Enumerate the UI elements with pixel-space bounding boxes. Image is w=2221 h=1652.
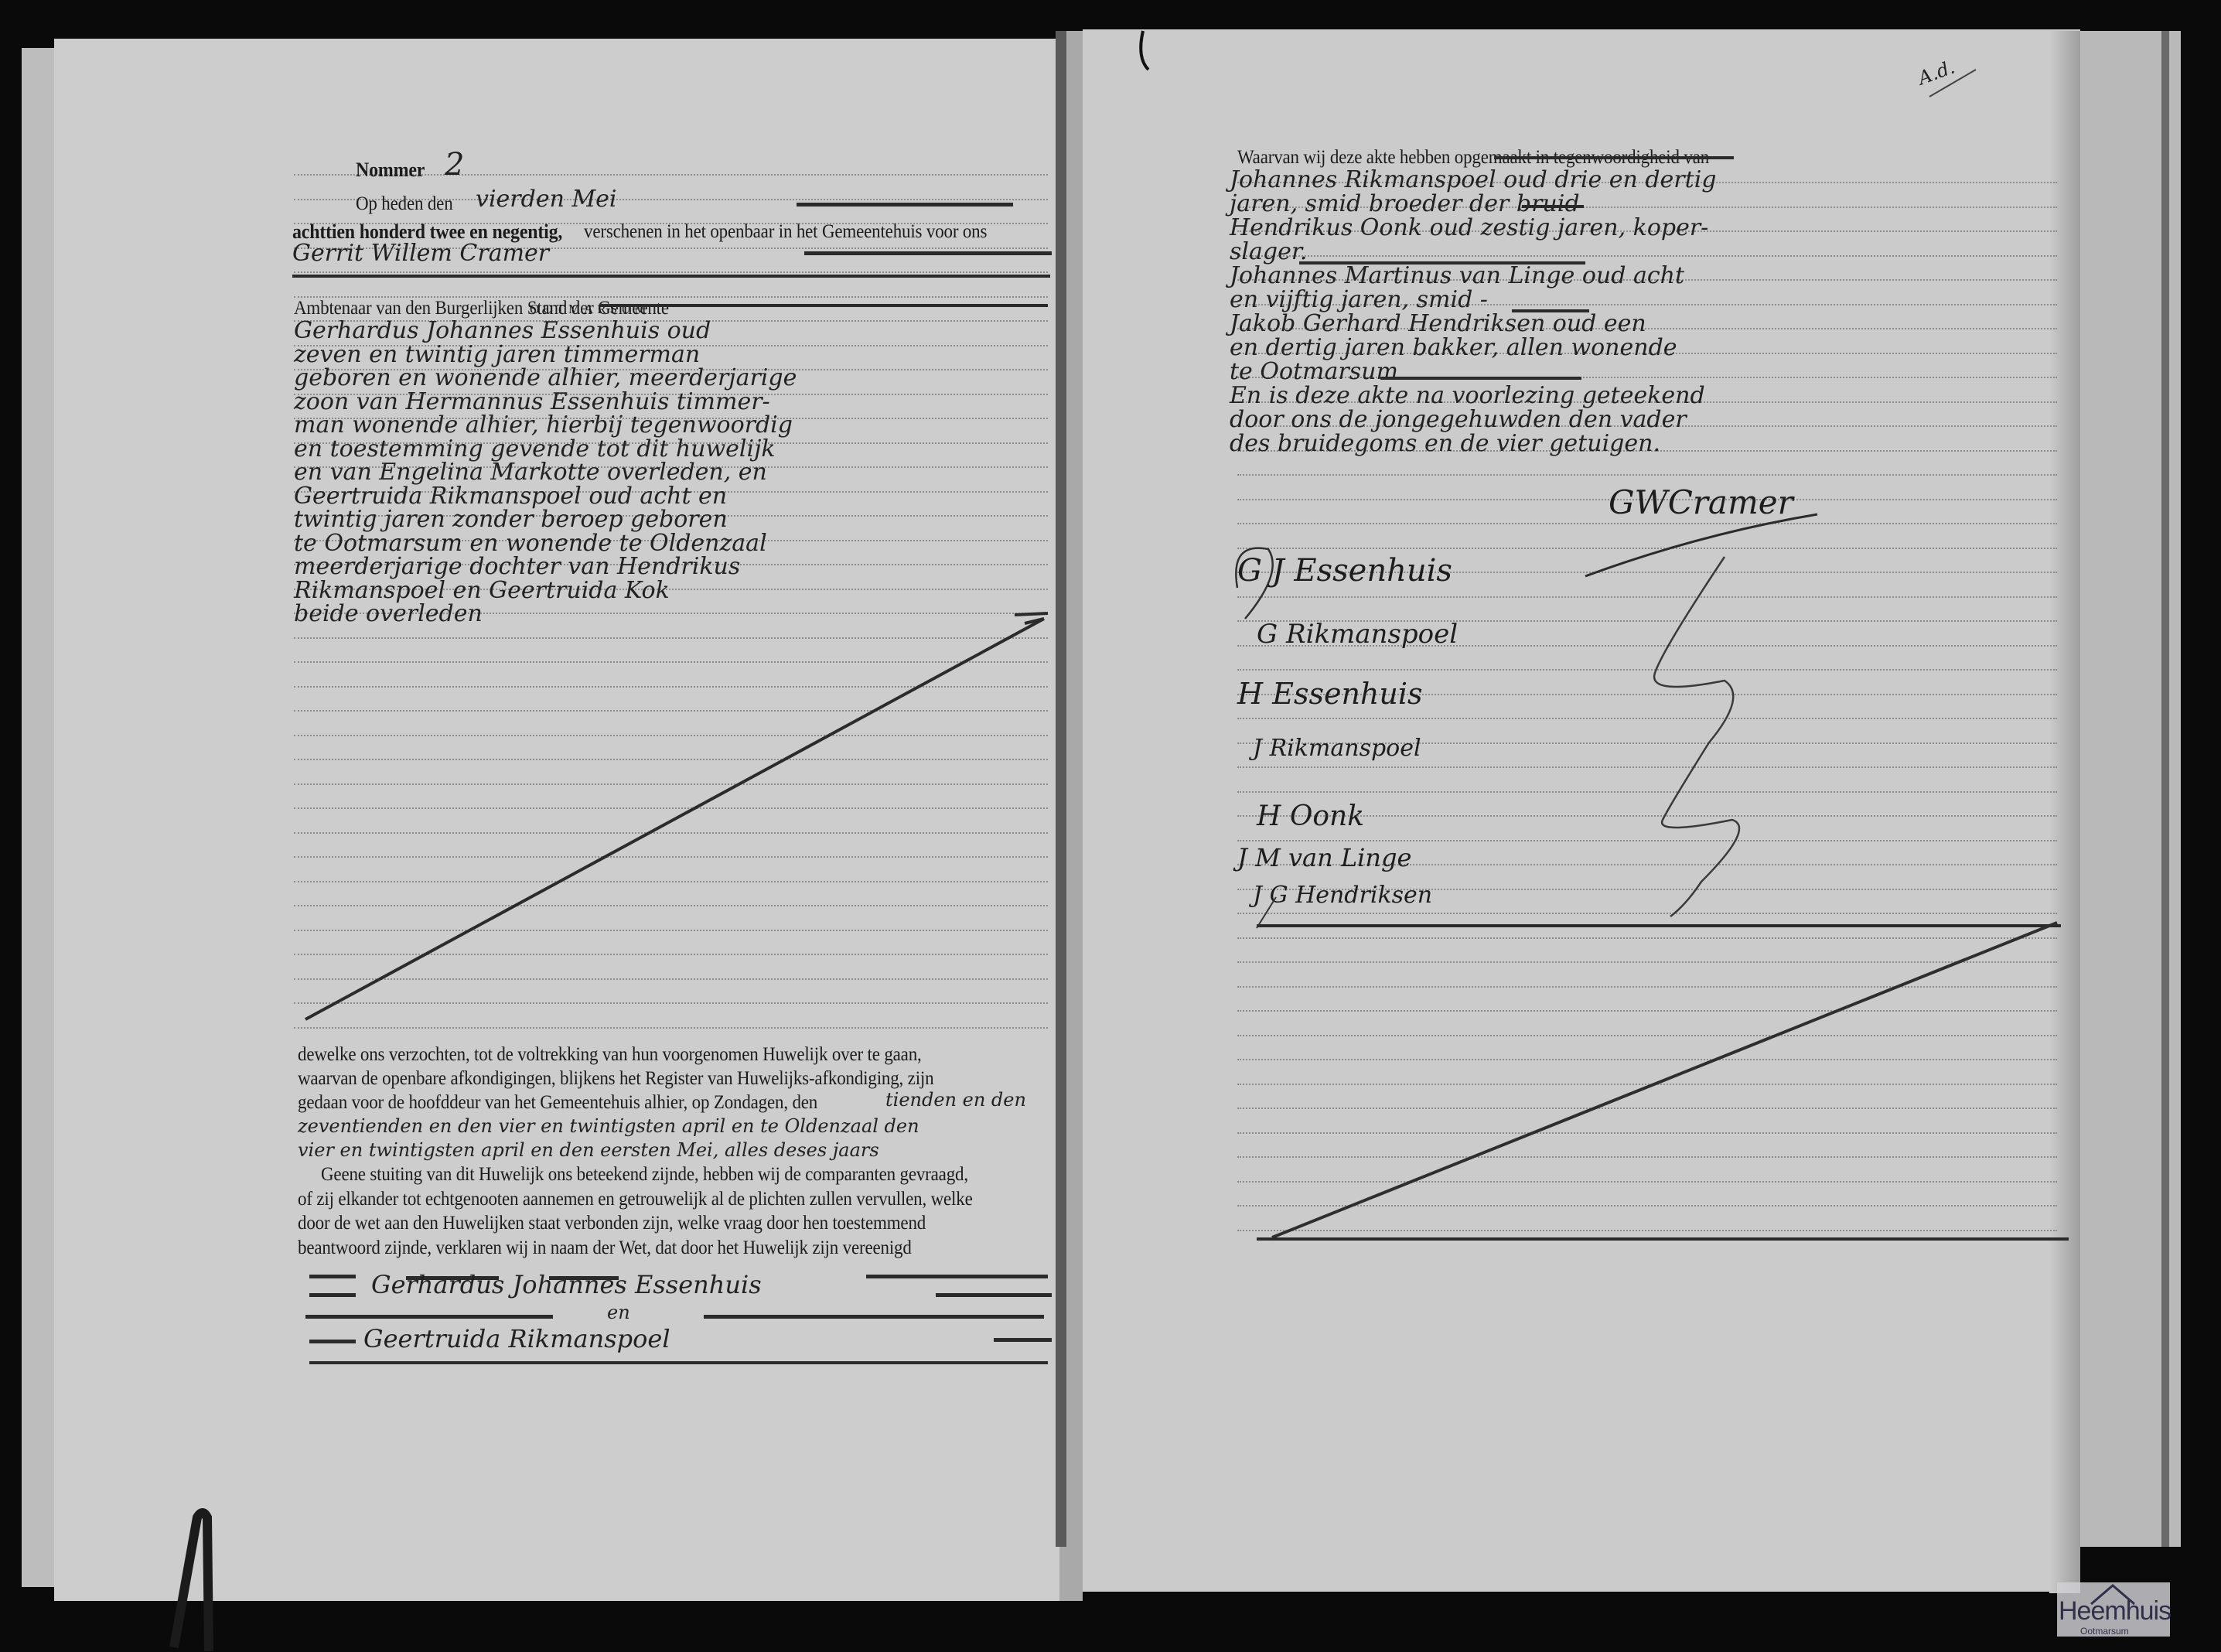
- handwritten-line: door ons de jongegehuwden den vader: [1230, 406, 1687, 433]
- ruled-line: [1237, 791, 2057, 793]
- printed-line: gedaan voor de hoofddeur van het Gemeent…: [298, 1092, 817, 1114]
- handwritten-line: en vijftig jaren, smid -: [1230, 286, 1488, 313]
- publication-dates-inline: tienden en den: [885, 1089, 1026, 1111]
- year-line-rest: verschenen in het openbaar in het Gemeen…: [584, 221, 987, 243]
- ruled-line: [1237, 548, 2057, 549]
- fill-bar: [599, 304, 1048, 307]
- right-page-shadow: [2049, 31, 2080, 1593]
- ruled-line: [294, 832, 1048, 834]
- handwritten-line: slager.: [1230, 238, 1307, 265]
- ruled-line: [1237, 1010, 2057, 1012]
- ruled-line: [294, 905, 1048, 906]
- groom-name-hand: Gerhardus Johannes Essenhuis: [371, 1270, 762, 1299]
- fill-bar: [936, 1293, 1052, 1297]
- ruled-line: [294, 637, 1048, 639]
- ruled-line: [1237, 255, 2057, 257]
- ruled-line: [1237, 840, 2057, 841]
- fill-bar: [1380, 377, 1581, 380]
- date-prefix: Op heden den: [356, 193, 453, 215]
- ruled-line: [294, 954, 1048, 955]
- fill-bar: [309, 1340, 356, 1343]
- ruled-line: [1237, 1205, 2057, 1207]
- handwritten-line: jaren, smid broeder der bruid: [1230, 190, 1580, 217]
- handwritten-line: des bruidegoms en de vier getuigen.: [1230, 430, 1660, 457]
- section-divider: [292, 275, 1050, 278]
- ruled-line: [1237, 1084, 2057, 1085]
- ruled-line: [294, 978, 1048, 980]
- fill-bar: [309, 1275, 356, 1278]
- heemhuis-logo: Heemhuis Ootmarsum: [2057, 1582, 2170, 1637]
- fill-bar: [1494, 156, 1734, 159]
- ruled-line: [294, 686, 1048, 688]
- ruled-line: [294, 1027, 1048, 1029]
- fill-bar: [797, 203, 1013, 206]
- ruled-line: [294, 735, 1048, 736]
- number-value: 2: [445, 147, 464, 183]
- ruled-line: [294, 930, 1048, 931]
- ruled-line: [294, 881, 1048, 882]
- printed-line: of zij elkander tot echtgenooten aanneme…: [298, 1189, 973, 1210]
- ruled-line: [1237, 1181, 2057, 1183]
- handwritten-line: beide overleden: [294, 600, 483, 627]
- fill-bar: [305, 1315, 553, 1319]
- fill-bar: [1522, 205, 1584, 208]
- logo-brand: Heemhuis: [2059, 1596, 2171, 1626]
- signature-groom: G J Essenhuis: [1237, 553, 1452, 589]
- ruled-line: [1237, 1230, 2057, 1231]
- ruled-line: [1237, 913, 2057, 914]
- fill-bar: [804, 251, 1052, 255]
- handwritten-line: Jakob Gerhard Hendriksen oud een: [1230, 310, 1646, 337]
- printed-line: beantwoord zijnde, verklaren wij in naam…: [298, 1237, 912, 1259]
- signature-witness: H Oonk: [1257, 800, 1364, 832]
- fill-bar: [866, 1275, 1048, 1278]
- signature-official: GWCramer: [1609, 483, 1793, 521]
- ruled-line: [1237, 1059, 2057, 1060]
- spine-shadow: [1056, 31, 1066, 1547]
- ruled-line: [1237, 669, 2057, 671]
- fill-bar: [309, 1293, 356, 1297]
- printed-line: waarvan de openbare afkondigingen, blijk…: [298, 1068, 933, 1090]
- ruled-line: [294, 710, 1048, 712]
- ruled-line: [294, 856, 1048, 858]
- fill-bar: [994, 1338, 1052, 1342]
- right-edge-line: [2161, 31, 2169, 1547]
- handwritten-line: vier en twintigsten april en den eersten…: [298, 1139, 879, 1161]
- handwritten-line: Johannes Rikmanspoel oud drie en dertig: [1230, 166, 1717, 193]
- handwritten-line: zeventienden en den vier en twintigsten …: [298, 1115, 919, 1137]
- fill-bar: [704, 1315, 1044, 1319]
- fill-bar: [1299, 261, 1585, 265]
- signature-witness: J G Hendriksen: [1253, 882, 1432, 909]
- ruled-line: [1237, 1035, 2057, 1036]
- ruled-line: [1237, 937, 2057, 939]
- logo-place: Ootmarsum: [2080, 1626, 2129, 1637]
- conjunction-hand: en: [607, 1302, 630, 1323]
- left-page: [54, 39, 1059, 1601]
- official-name-hand: Gerrit Willem Cramer: [292, 240, 549, 267]
- number-label: Nommer: [356, 159, 425, 182]
- ruled-line: [1237, 718, 2057, 719]
- ruled-line: [1237, 986, 2057, 988]
- date-hand: vierden Mei: [476, 186, 617, 213]
- ruled-line: [1237, 1108, 2057, 1109]
- section-divider: [309, 1361, 1048, 1364]
- ruled-line: [294, 759, 1048, 760]
- ruled-line: [1237, 1132, 2057, 1134]
- ruled-line: [1237, 523, 2057, 524]
- handwritten-line: en dertig jaren bakker, allen wonende: [1230, 334, 1677, 361]
- ruled-line: [294, 1002, 1048, 1004]
- ruled-line: [294, 783, 1048, 785]
- ruled-line: [1237, 1156, 2057, 1158]
- handwritten-line: Hendrikus Oonk oud zestig jaren, koper-: [1230, 214, 1708, 241]
- ruled-line: [1237, 961, 2057, 963]
- ruled-line: [294, 271, 1048, 273]
- handwritten-line: Johannes Martinus van Linge oud acht: [1230, 262, 1684, 289]
- signature-witness: J M van Linge: [1237, 843, 1411, 872]
- handwritten-line: En is deze akte na voorlezing geteekend: [1230, 382, 1705, 409]
- section-divider: [1257, 924, 2061, 927]
- signature-father: H Essenhuis: [1237, 677, 1423, 711]
- ruled-line: [1237, 474, 2057, 476]
- ruled-line: [294, 661, 1048, 663]
- ruled-line: [294, 807, 1048, 809]
- fill-bar: [1512, 309, 1589, 312]
- printed-line: door de wet aan den Huwelijken staat ver…: [298, 1213, 926, 1234]
- signature-bride: G Rikmanspoel: [1257, 619, 1458, 650]
- ruled-line: [1237, 596, 2057, 598]
- ruled-line: [1237, 766, 2057, 768]
- handwritten-line: te Ootmarsum: [1230, 358, 1398, 385]
- printed-line: Geene stuiting van dit Huwelijk ons bete…: [321, 1164, 968, 1186]
- signature-witness: J Rikmanspoel: [1253, 735, 1421, 762]
- printed-line: dewelke ons verzochten, tot de voltrekki…: [298, 1044, 922, 1066]
- section-divider: [1257, 1237, 2069, 1241]
- bride-name-hand: Geertruida Rikmanspoel: [363, 1324, 670, 1353]
